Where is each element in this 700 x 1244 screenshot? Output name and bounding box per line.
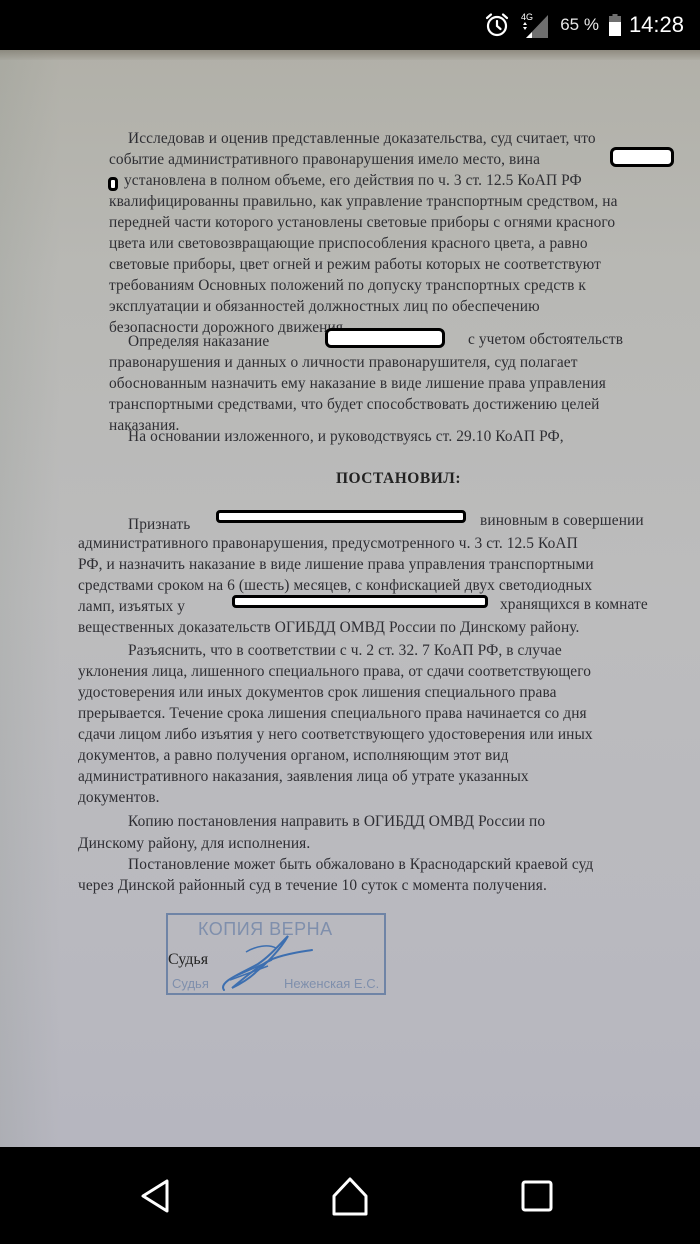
text-line: Признать — [128, 516, 190, 534]
text-line: сдачи лицом либо изъятия у него соответс… — [78, 726, 593, 744]
text-line: передней части которого установлены свет… — [109, 214, 615, 232]
text-line: установлена в полном объеме, его действи… — [124, 172, 582, 190]
text-line: квалифицированны правильно, как управлен… — [109, 193, 618, 211]
text-line: цвета или световозвращающие приспособлен… — [109, 235, 588, 253]
text-line: через Динской районный суд в течение 10 … — [78, 877, 547, 895]
battery-percent: 65 % — [560, 15, 599, 35]
judge-label: Судья — [168, 951, 208, 969]
text-line: прерывается. Течение срока лишения специ… — [78, 705, 587, 723]
text-line: виновным в совершении — [480, 512, 644, 530]
battery-icon — [609, 14, 621, 36]
stamp-judge-title: Судья — [172, 976, 209, 991]
text-line: световые приборы, цвет огней и режим раб… — [109, 256, 601, 274]
redaction-box — [108, 177, 118, 191]
text-line: эксплуатации и обязанностей должностных … — [109, 298, 540, 316]
navigation-bar — [0, 1147, 700, 1244]
text-line: РФ, и назначить наказание в виде лишение… — [78, 556, 594, 574]
home-button[interactable] — [325, 1171, 375, 1221]
back-button[interactable] — [130, 1171, 180, 1221]
text-line: документов, а равно получения органом, и… — [78, 747, 509, 765]
text-line: правонарушения и данных о личности право… — [109, 354, 578, 372]
text-line: документов. — [78, 789, 160, 807]
ruling-heading: ПОСТАНОВИЛ: — [336, 470, 461, 488]
network-type-label: 4G — [521, 12, 533, 22]
text-line: требованиям Основных положений по допуск… — [109, 277, 586, 295]
alarm-clock-icon — [484, 12, 510, 38]
text-line: с учетом обстоятельств — [468, 331, 623, 349]
4g-signal-icon: 4G — [520, 11, 550, 39]
text-line: Исследовав и оценив представленные доказ… — [128, 130, 596, 148]
text-line: На основании изложенного, и руководствуя… — [128, 428, 564, 446]
back-triangle-icon — [138, 1178, 172, 1214]
text-line: событие административного правонарушения… — [109, 151, 540, 169]
text-line: уклонения лица, лишенного специального п… — [78, 663, 591, 681]
text-line: Определяя наказание — [128, 333, 269, 351]
redaction-box — [232, 595, 488, 608]
clock-time: 14:28 — [629, 12, 684, 38]
redaction-box — [610, 147, 674, 167]
text-line: Разъяснить, что в соответствии с ч. 2 ст… — [128, 642, 562, 660]
text-line: Динскому району, для исполнения. — [78, 835, 310, 853]
text-line: обоснованным назначить ему наказание в в… — [109, 375, 606, 393]
redaction-box — [216, 510, 466, 523]
text-line: Копию постановления направить в ОГИБДД О… — [128, 813, 545, 831]
text-line: удостоверения или иных документов срок л… — [78, 684, 557, 702]
status-bar: 4G 65 % 14:28 — [0, 0, 700, 50]
text-line: административного наказания, заявления л… — [78, 768, 529, 786]
signature-icon — [210, 930, 320, 995]
text-line: Постановление может быть обжаловано в Кр… — [128, 856, 593, 874]
redaction-box — [325, 328, 445, 348]
text-line: средствами сроком на 6 (шесть) месяцев, … — [78, 577, 592, 595]
text-line: хранящихся в комнате — [500, 596, 648, 614]
recent-apps-button[interactable] — [512, 1171, 562, 1221]
text-line: административного правонарушения, предус… — [78, 535, 578, 553]
text-line: ламп, изъятых у — [78, 598, 185, 616]
text-line: транспортными средствами, что будет спос… — [109, 396, 599, 414]
recent-apps-square-icon — [520, 1179, 554, 1213]
text-line: вещественных доказательств ОГИБДД ОМВД Р… — [78, 619, 579, 637]
home-icon — [330, 1176, 370, 1216]
